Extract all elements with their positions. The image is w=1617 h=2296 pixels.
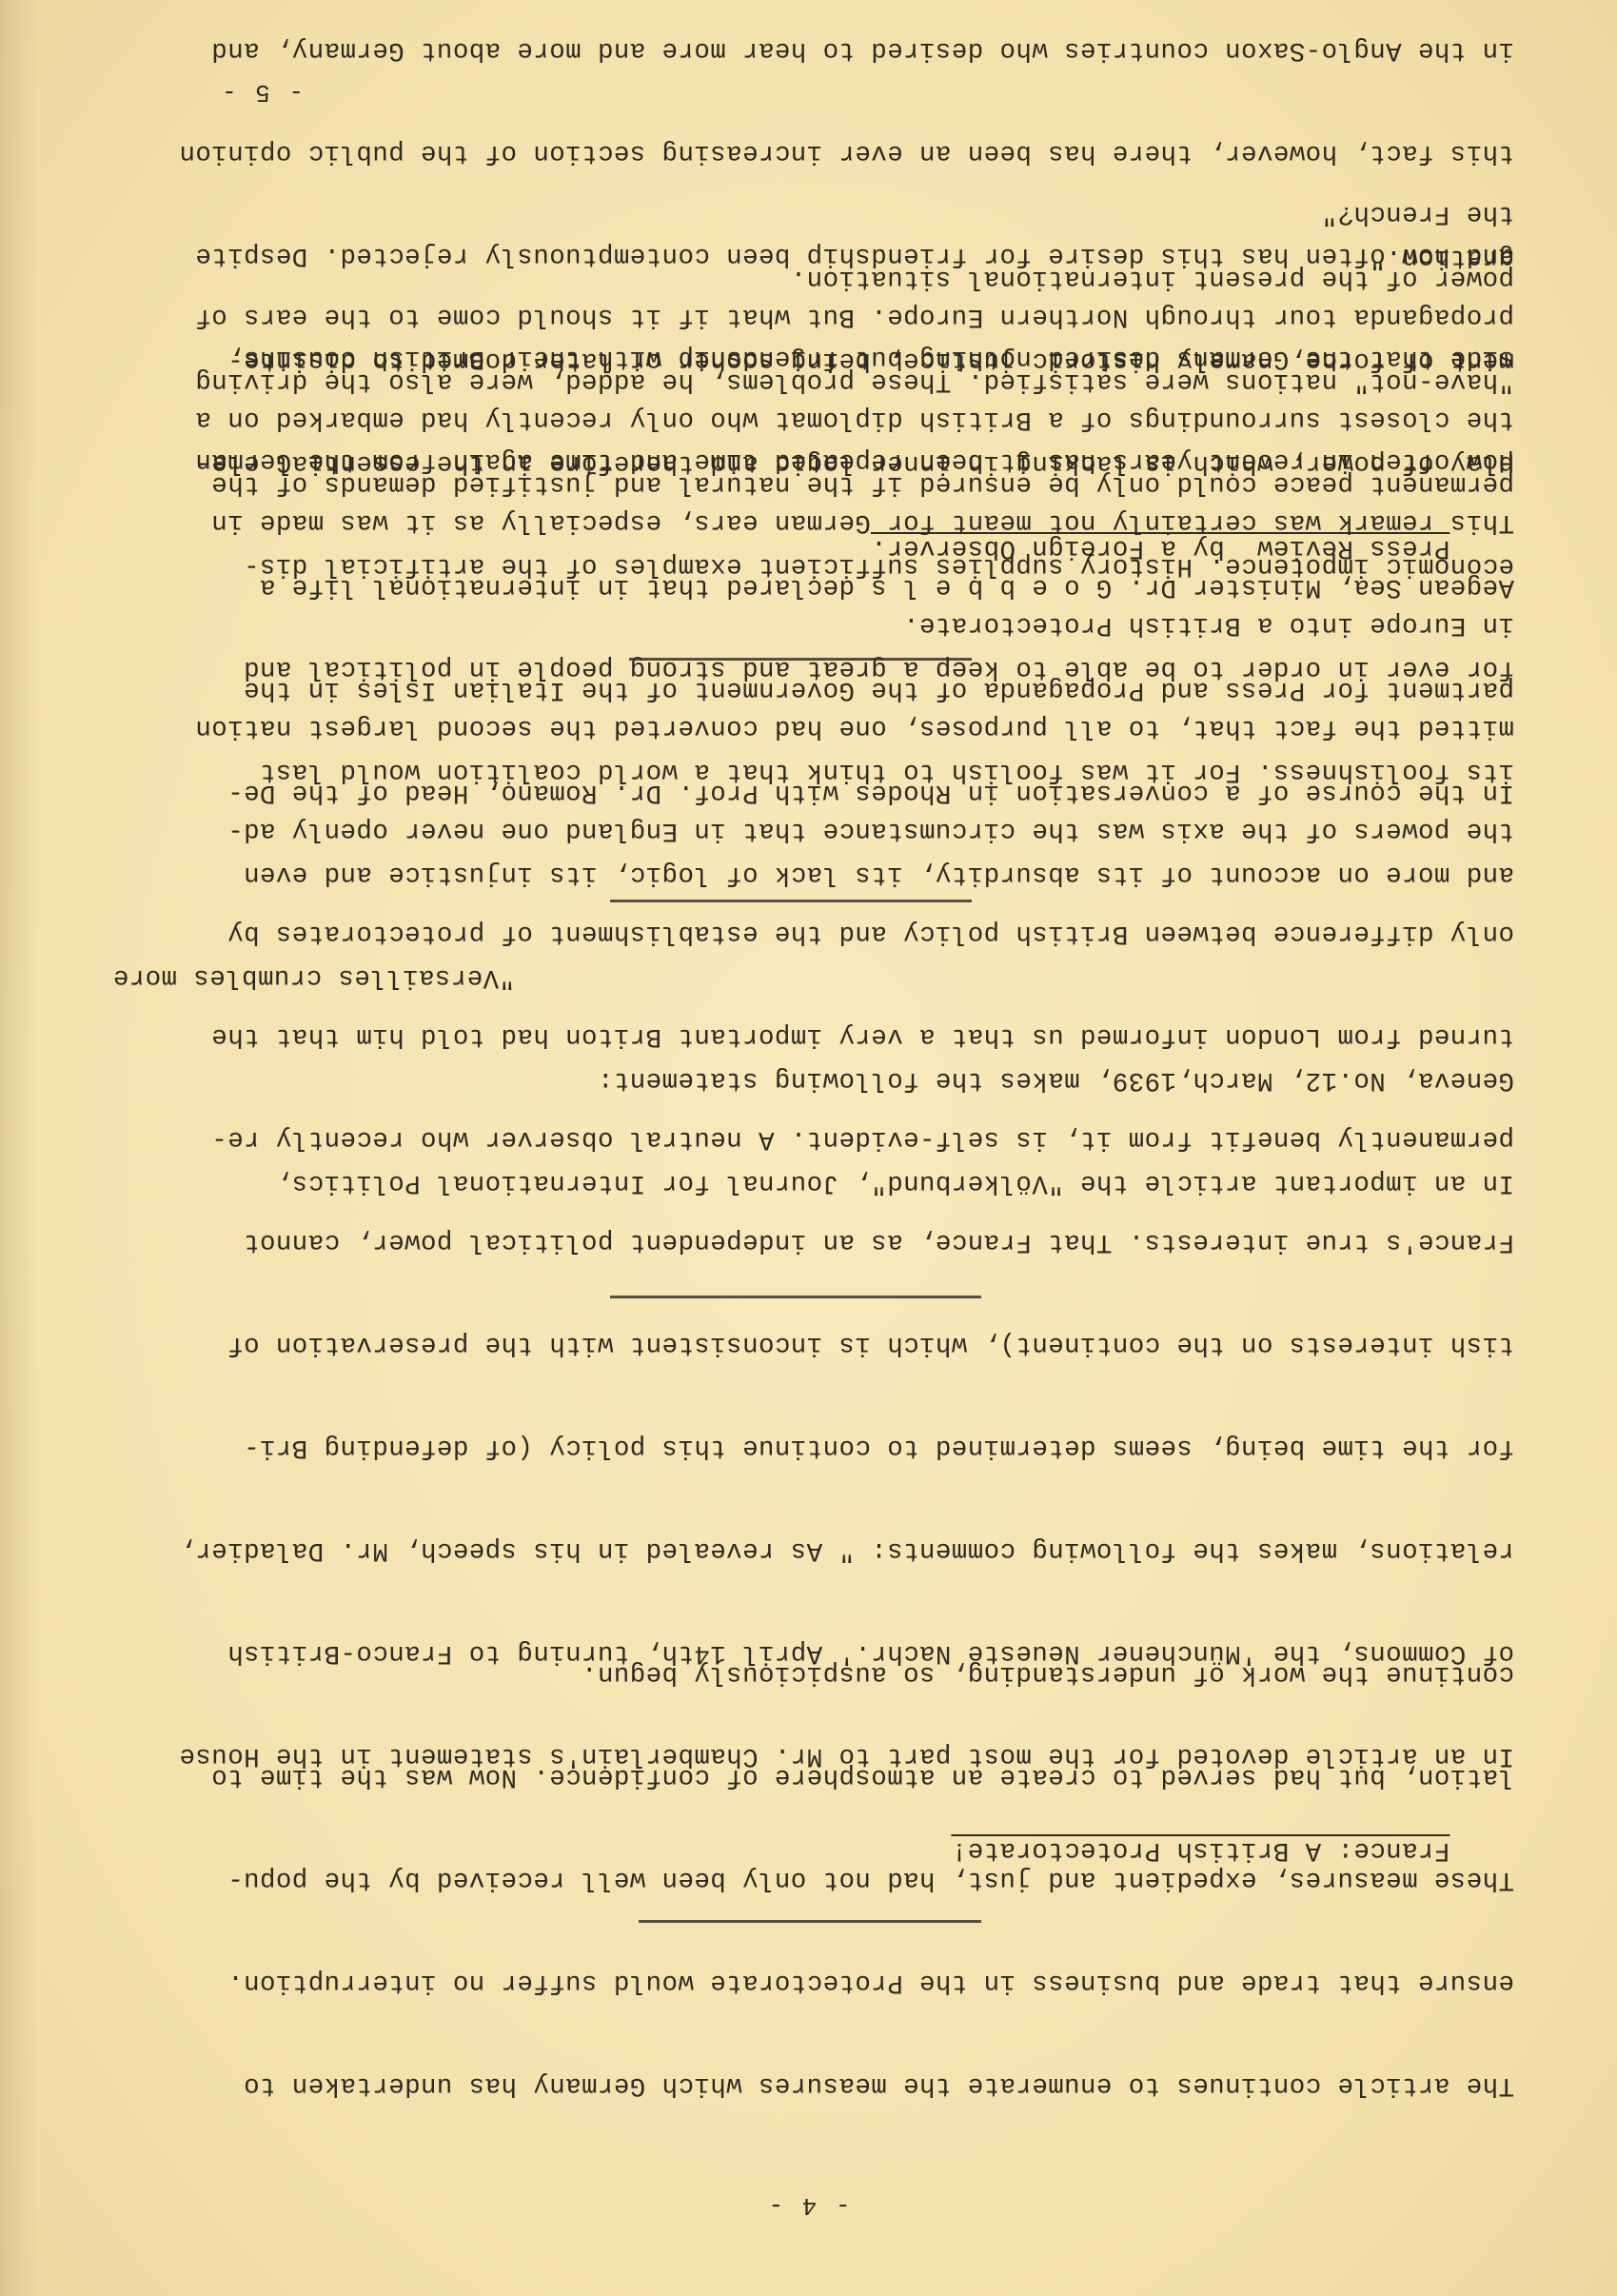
text-line: and how often has this desire for friend… <box>87 238 1514 272</box>
section-divider <box>639 1920 981 1923</box>
text-line: in the Anglo-Saxon countries who desired… <box>87 32 1514 67</box>
text-line: Geneva, No.12, March,1939, makes the fol… <box>87 1062 1514 1097</box>
text-line: side that the Germans desired nothing bu… <box>87 341 1514 375</box>
document-page: - 4 - The article continues to enumerate… <box>0 0 1617 2296</box>
text-line: In the course of a conversation in Rhode… <box>87 775 1514 809</box>
text-line: relations, makes the following comments:… <box>87 1533 1514 1567</box>
text-line: In an important article the "Völkerbund"… <box>87 1165 1514 1199</box>
quote-opening-line: "Versailles crumbles more <box>87 960 1514 994</box>
text-line: partment for Press and Propaganda of the… <box>87 672 1514 706</box>
text-line: of Commons, the 'Münchener Neueste Nachr… <box>87 1635 1514 1670</box>
section-divider <box>629 658 972 661</box>
text-line: In an article devoted for the most part … <box>87 1738 1514 1772</box>
text-line: The article continues to enumerate the m… <box>87 2068 1514 2102</box>
section-divider <box>610 1296 981 1298</box>
page-number-5: - 5 - <box>220 78 304 107</box>
text-line: ensure that trade and business in the Pr… <box>87 1965 1514 1999</box>
section-divider <box>610 900 972 902</box>
text-line: How often in recent years has it been re… <box>87 444 1514 478</box>
text-line: this fact, however, there has been an ev… <box>87 135 1514 169</box>
text-line: tish interests on the continent), which … <box>87 1327 1514 1361</box>
text-line: for the time being, seems determined to … <box>87 1430 1514 1464</box>
paper-edge-shading <box>0 0 38 2296</box>
page-number-4: - 4 - <box>0 2191 1617 2220</box>
